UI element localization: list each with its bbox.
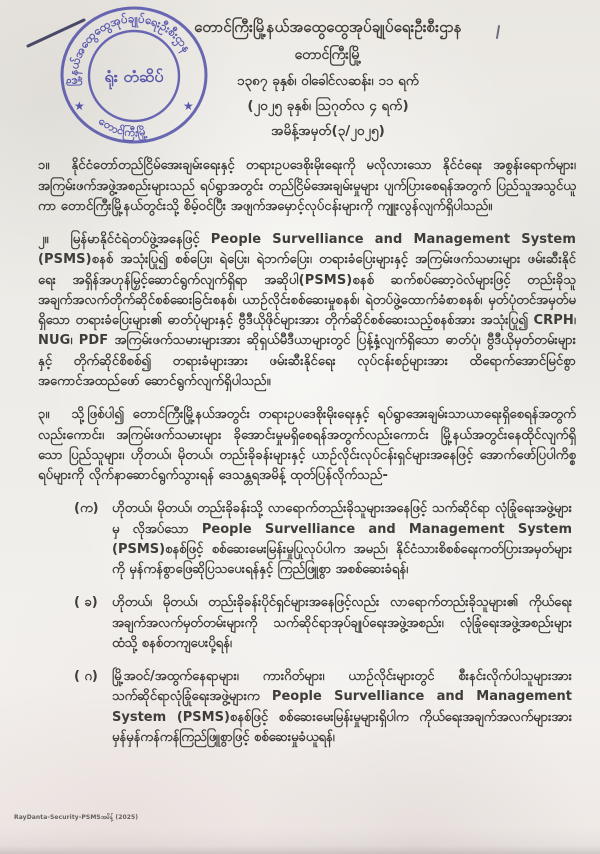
order-items-list: (က) ဟိုတယ်၊ မိုတယ်၊ တည်းခိုခန်းသို့ လာရေ… — [74, 499, 576, 748]
order-item-ga: ( ဂ) မြို့အဝင်/အထွက်နေရာများ၊ ကားဂိတ်မျာ… — [74, 667, 576, 748]
header-order-number: အမိန့်အမှတ်(၃/၂၀၂၅) — [80, 123, 576, 141]
paragraph-3: ၃။သို့ဖြစ်ပါ၍ တောင်ကြီးမြို့နယ်အတွင်း တရ… — [38, 405, 576, 486]
paragraph-3-text: သို့ဖြစ်ပါ၍ တောင်ကြီးမြို့နယ်အတွင်း တရား… — [38, 407, 576, 483]
document-header: တောင်ကြီးမြို့နယ်အထွေထွေအုပ်ချုပ်ရေးဦးစီ… — [80, 18, 576, 140]
order-item-kha: ( ခ) ဟိုတယ်၊ မိုတယ်၊ တည်းခိုခန်းပိုင်ရှင… — [74, 593, 576, 654]
order-item-ga-label: ( ဂ) — [74, 667, 112, 748]
header-date-burmese-calendar: ၁၃၈၇ ခုနှစ်၊ ဝါခေါင်လဆန်း၊ ၁၁ ရက် — [80, 73, 576, 91]
paragraph-2: ၂။မြန်မာနိုင်ငံရဲတပ်ဖွဲ့အနေဖြင့် People … — [38, 230, 576, 392]
order-item-ka-label: (က) — [74, 499, 112, 580]
paragraph-1-text: နိုင်ငံတော်တည်ငြိမ်အေးချမ်းရေးနှင့် တရား… — [38, 158, 576, 214]
document-content: တောင်ကြီးမြို့နယ်အထွေထွေအုပ်ချုပ်ရေးဦးစီ… — [0, 0, 600, 761]
order-item-ka-text: ဟိုတယ်၊ မိုတယ်၊ တည်းခိုခန်းသို့ လာရောက်တ… — [112, 499, 576, 580]
order-item-ka: (က) ဟိုတယ်၊ မိုတယ်၊ တည်းခိုခန်းသို့ လာရေ… — [74, 499, 576, 580]
header-town: တောင်ကြီးမြို့ — [80, 46, 576, 64]
paragraph-2-text: မြန်မာနိုင်ငံရဲတပ်ဖွဲ့အနေဖြင့် People Su… — [38, 232, 576, 389]
paragraph-3-number: ၃။ — [38, 407, 49, 422]
order-item-kha-text: ဟိုတယ်၊ မိုတယ်၊ တည်းခိုခန်းပိုင်ရှင်များ… — [112, 593, 576, 654]
paragraph-1-number: ၁။ — [38, 158, 49, 173]
footer-reference: RayDanta-Security-PSMSအမိန့် (2025) — [14, 813, 138, 822]
document-page: မြို့နယ်အထွေထွေအုပ်ချုပ်ရေးဦးစီးဌာန တောင… — [0, 0, 600, 854]
paragraph-1: ၁။နိုင်ငံတော်တည်ငြိမ်အေးချမ်းရေးနှင့် တရ… — [38, 156, 576, 217]
order-item-kha-label: ( ခ) — [74, 593, 112, 654]
order-item-ga-text: မြို့အဝင်/အထွက်နေရာများ၊ ကားဂိတ်များ၊ ယာ… — [112, 667, 576, 748]
header-department: တောင်ကြီးမြို့နယ်အထွေထွေအုပ်ချုပ်ရေးဦးစီ… — [80, 18, 576, 38]
paragraph-2-number: ၂။ — [38, 232, 49, 247]
scan-bottom-edge — [0, 846, 600, 854]
header-date-gregorian: (၂၀၂၅ ခုနှစ်၊ ဩဂုတ်လ ၄ ရက်) — [80, 98, 576, 116]
